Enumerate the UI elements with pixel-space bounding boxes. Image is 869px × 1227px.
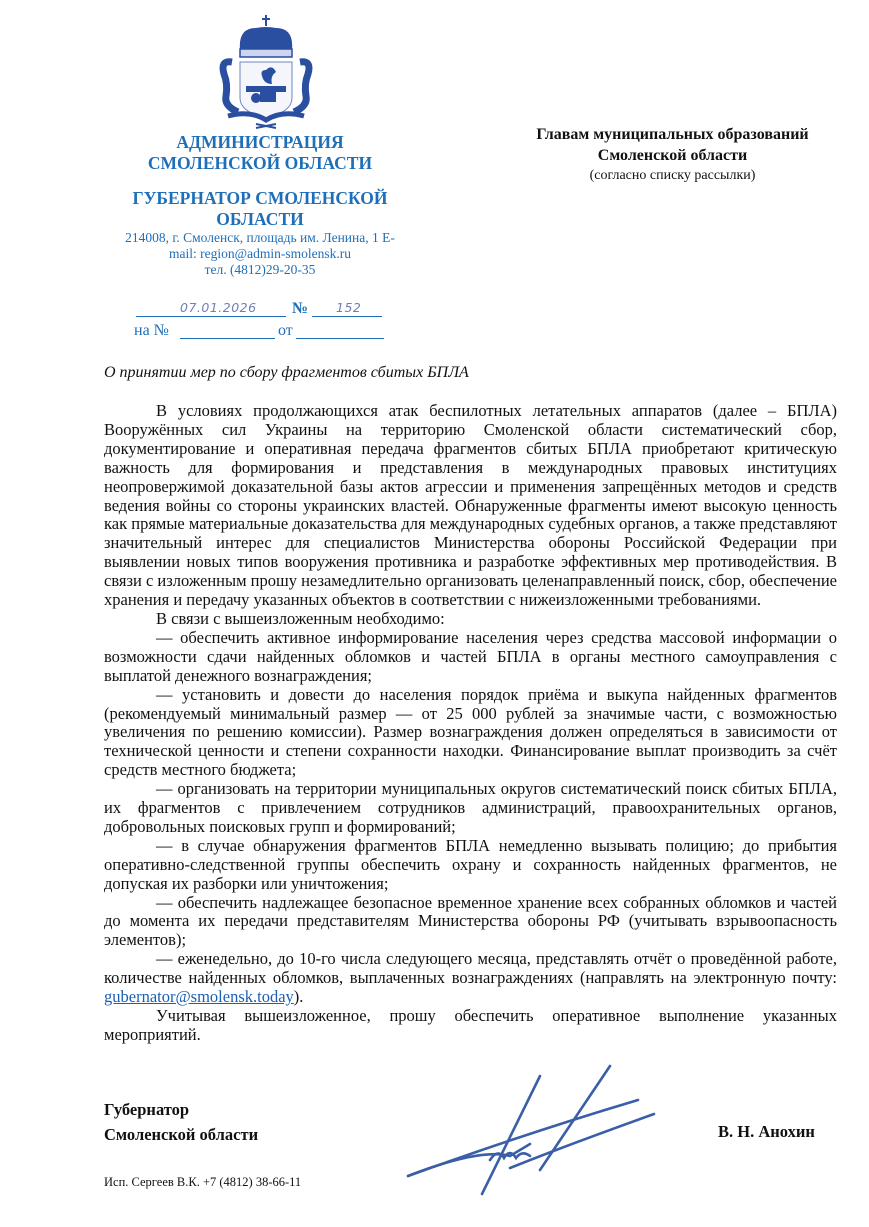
ref-from-label: от xyxy=(278,322,293,340)
governor-title-line1: ГУБЕРНАТОР СМОЛЕНСКОЙ xyxy=(100,188,420,209)
governor-title: ГУБЕРНАТОР СМОЛЕНСКОЙ ОБЛАСТИ xyxy=(100,188,420,230)
addressee-note: (согласно списку рассылки) xyxy=(505,166,840,185)
letter-body: В условиях продолжающихся атак беспилотн… xyxy=(104,402,837,1045)
signatory-title-line1: Губернатор xyxy=(104,1097,258,1122)
list-item: — в случае обнаружения фрагментов БПЛА н… xyxy=(104,837,837,894)
reg-number-label: № xyxy=(292,300,308,318)
executor-info: Исп. Сергеев В.К. +7 (4812) 38-66-11 xyxy=(104,1175,301,1190)
list-item: — обеспечить активное информирование нас… xyxy=(104,629,837,686)
intro-paragraph: В условиях продолжающихся атак беспилотн… xyxy=(104,402,837,610)
address-block: 214008, г. Смоленск, площадь им. Ленина,… xyxy=(100,230,420,278)
list-item: — еженедельно, до 10-го числа следующего… xyxy=(104,950,837,1007)
list-item: — установить и довести до населения поря… xyxy=(104,686,837,781)
signatory-title-line2: Смоленской области xyxy=(104,1122,258,1147)
phone: тел. (4812)29-20-35 xyxy=(100,262,420,278)
coat-of-arms-icon xyxy=(210,12,322,130)
address-email: mail: region@admin-smolensk.ru xyxy=(100,246,420,262)
signatory-name: В. Н. Анохин xyxy=(718,1122,815,1142)
reg-number: 152 xyxy=(336,300,361,315)
report-item-text: — еженедельно, до 10-го числа следующего… xyxy=(104,949,837,987)
email-link[interactable]: gubernator@smolensk.today xyxy=(104,987,294,1006)
addressee-block: Главам муниципальных образований Смоленс… xyxy=(505,124,840,185)
org-name-line1: АДМИНИСТРАЦИЯ xyxy=(100,132,420,153)
governor-title-line2: ОБЛАСТИ xyxy=(100,209,420,230)
sender-header: АДМИНИСТРАЦИЯ СМОЛЕНСКОЙ ОБЛАСТИ ГУБЕРНА… xyxy=(100,132,420,278)
lead-paragraph: В связи с вышеизложенным необходимо: xyxy=(104,610,837,629)
list-item: — организовать на территории муниципальн… xyxy=(104,780,837,837)
address-line1: 214008, г. Смоленск, площадь им. Ленина,… xyxy=(100,230,420,246)
addressee-line2: Смоленской области xyxy=(505,145,840,166)
org-name: АДМИНИСТРАЦИЯ СМОЛЕНСКОЙ ОБЛАСТИ xyxy=(100,132,420,174)
letter-subject: О принятии мер по сбору фрагментов сбиты… xyxy=(104,364,469,382)
report-item-end: ). xyxy=(294,987,304,1006)
ref-number-label: на № xyxy=(134,322,169,340)
list-item: — обеспечить надлежащее безопасное време… xyxy=(104,894,837,951)
handwritten-signature-icon xyxy=(380,1052,700,1212)
reg-date: 07.01.2026 xyxy=(180,300,257,315)
registration-block: 07.01.2026 № 152 на № от xyxy=(130,299,400,343)
signatory-title: Губернатор Смоленской области xyxy=(104,1097,258,1147)
org-name-line2: СМОЛЕНСКОЙ ОБЛАСТИ xyxy=(100,153,420,174)
closing-paragraph: Учитывая вышеизложенное, прошу обеспечит… xyxy=(104,1007,837,1045)
addressee-line1: Главам муниципальных образований xyxy=(505,124,840,145)
